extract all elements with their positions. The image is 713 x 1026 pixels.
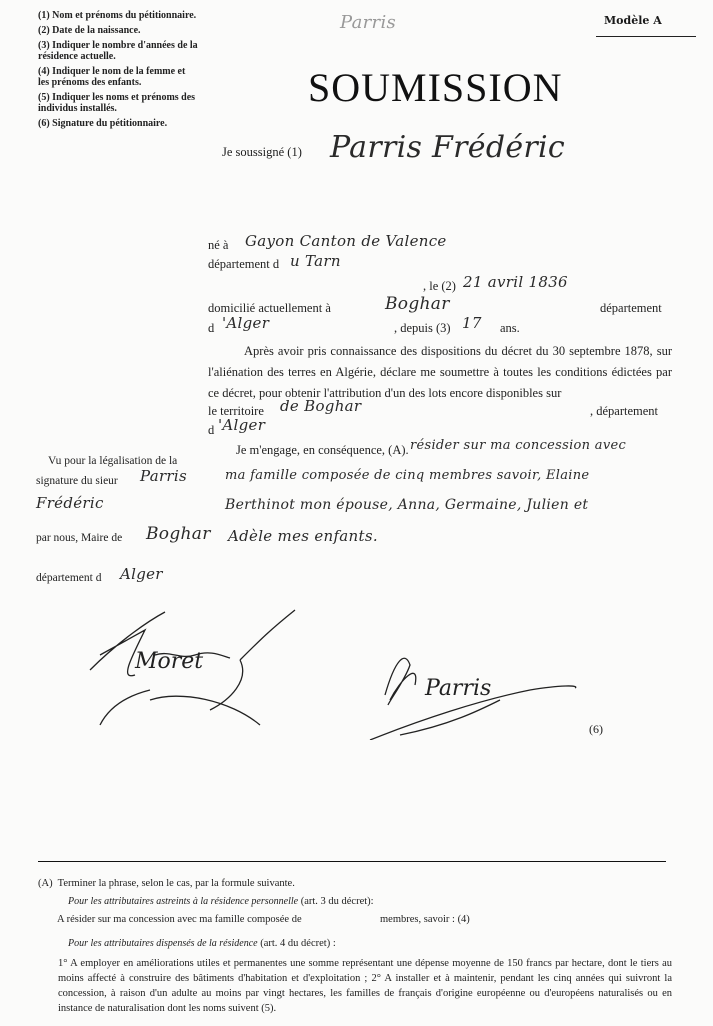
note-1: (1) Nom et prénoms du pétitionnaire.	[38, 10, 198, 21]
territoire-d-label: d	[208, 423, 214, 438]
dept-value: u Tarn	[290, 252, 341, 270]
top-handwritten-name: Parris	[340, 12, 396, 33]
d-label: d	[208, 321, 214, 336]
page-title: SOUMISSION	[308, 64, 563, 111]
le-label: , le (2)	[423, 279, 456, 294]
legalisation-name: Parris	[140, 467, 187, 485]
legalisation-line-1: Vu pour la légalisation de la	[48, 455, 177, 467]
ne-value: Gayon Canton de Valence	[245, 232, 447, 250]
footnote-a: (A) Terminer la phrase, selon le cas, pa…	[38, 878, 295, 889]
note-3: (3) Indiquer le nombre d'années de la ré…	[38, 40, 198, 62]
residence-title: Pour les attributaires astreints à la ré…	[68, 896, 374, 907]
petitioner-signature: Parris	[360, 640, 590, 740]
legalisation-firstname: Frédéric	[36, 494, 104, 512]
soussigne-label: Je soussigné (1)	[222, 145, 302, 160]
model-rule	[596, 36, 696, 37]
dispense-text: 1° A employer en améliorations utiles et…	[58, 956, 672, 1016]
engage-line-2: ma famille composée de cinq membres savo…	[225, 468, 589, 483]
engage-label: Je m'engage, en conséquence, (A).	[236, 443, 409, 458]
ans-label: ans.	[500, 321, 520, 336]
note-4: (4) Indiquer le nom de la femme et les p…	[38, 66, 198, 88]
legalisation-line-2: signature du sieur	[36, 475, 118, 487]
soussigne-value: Parris Frédéric	[330, 130, 565, 165]
model-label: Modèle A	[604, 14, 662, 27]
residence-text: A résider sur ma concession avec ma fami…	[57, 914, 302, 925]
residence-text-2: membres, savoir : (4)	[380, 914, 470, 925]
maire-label: par nous, Maire de	[36, 532, 122, 544]
signature-note-ref: (6)	[589, 722, 603, 737]
footer-rule	[38, 861, 666, 862]
svg-text:Parris: Parris	[424, 676, 491, 701]
decree-paragraph: Après avoir pris connaissance des dispos…	[208, 341, 672, 404]
domicile-departement-label: département	[600, 301, 662, 316]
mayor-signature: Moret	[60, 600, 320, 740]
engage-line-3: Berthinot mon épouse, Anna, Germaine, Ju…	[225, 497, 588, 513]
dept-label: département d	[208, 257, 279, 272]
ne-label: né à	[208, 238, 228, 253]
paper-edge-speckle	[0, 0, 22, 70]
engage-line-4: Adèle mes enfants.	[228, 527, 378, 545]
le-value: 21 avril 1836	[463, 273, 568, 291]
depuis-label: , depuis (3)	[394, 321, 451, 336]
note-6: (6) Signature du pétitionnaire.	[38, 118, 198, 129]
legalisation-dept-value: Alger	[120, 565, 163, 583]
territoire-dept-label: , département	[590, 404, 658, 419]
dispense-title: Pour les attributaires dispensés de la r…	[68, 938, 336, 949]
margin-notes: (1) Nom et prénoms du pétitionnaire. (2)…	[38, 10, 198, 133]
note-2: (2) Date de la naissance.	[38, 25, 198, 36]
note-5: (5) Indiquer les noms et prénoms des ind…	[38, 92, 198, 114]
depuis-value: 17	[462, 314, 482, 332]
d-value: 'Alger	[222, 314, 269, 332]
maire-value: Boghar	[146, 524, 211, 544]
domicile-value: Boghar	[385, 294, 450, 314]
engage-line-1: résider sur ma concession avec	[410, 438, 626, 453]
legalisation-dept-label: département d	[36, 572, 101, 584]
territoire-value: de Boghar	[280, 397, 361, 415]
svg-text:Moret: Moret	[134, 649, 203, 674]
territoire-d-value: 'Alger	[218, 416, 265, 434]
